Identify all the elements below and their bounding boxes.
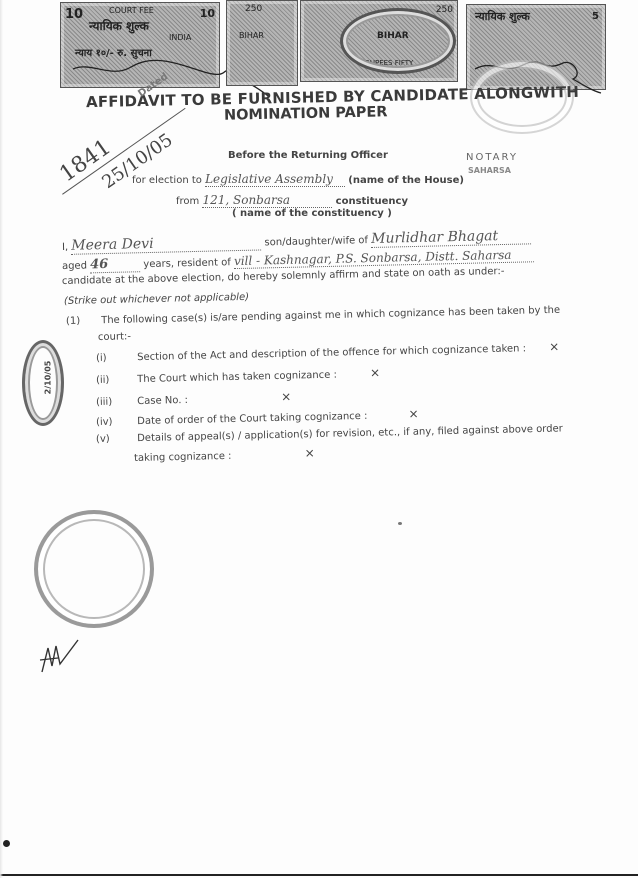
ink-speck [398, 522, 402, 525]
item-row: (ii) The Court which has taken cognizanc… [96, 366, 380, 386]
court-fee-stamp-left: 10 10 COURT FEE न्यायिक शुल्क INDIA न्या… [60, 2, 220, 88]
oval-seal-left: 2/10/05 [22, 340, 64, 426]
stamp-value: 250 [245, 4, 262, 14]
item-number: (i) [96, 352, 134, 364]
item-row-cont: taking cognizance : × [134, 446, 315, 464]
election-suffix: (name of the House) [348, 175, 464, 186]
relation-name: Murlidhar Bhagat [371, 227, 531, 248]
court-fee-stamp-middle1: 250 BIHAR [226, 0, 298, 86]
item-row: (iv) Date of order of the Court taking c… [96, 407, 419, 428]
relation-label: son/daughter/wife of [264, 235, 368, 248]
item-row: (i) Section of the Act and description o… [96, 339, 560, 364]
nil-mark: × [370, 366, 380, 380]
stamp-country: INDIA [169, 33, 191, 42]
item-label: Date of order of the Court taking cogniz… [137, 411, 367, 427]
election-prefix: for election to [132, 175, 202, 186]
stamp-value: 10 [65, 7, 83, 22]
section-number: (1) [66, 315, 98, 327]
aged-label: aged [62, 260, 87, 272]
nil-mark: × [549, 339, 559, 353]
stamp-value: 250 [436, 5, 453, 15]
constituency-suffix: constituency [336, 196, 408, 207]
item-number: (iii) [96, 396, 134, 408]
strike-note: (Strike out whichever not applicable) [64, 292, 249, 307]
seal-oval-top [340, 8, 456, 74]
item-row: (iii) Case No. : × [96, 390, 292, 408]
i-prefix: I, [62, 242, 68, 253]
from-prefix: from [176, 196, 199, 207]
notary-label: NOTARY [466, 152, 518, 163]
item-label: Section of the Act and description of th… [137, 343, 526, 363]
item-label: The Court which has taken cognizance : [137, 370, 337, 386]
notary-place: SAHARSA [468, 166, 511, 175]
stamp-value: 10 [200, 7, 215, 20]
round-seal [34, 510, 154, 628]
stamp-label: COURT FEE [109, 6, 154, 15]
constituency-value: 121, Sonbarsa [202, 193, 332, 208]
stamp-hindi-line: न्याय १०/- रु. सुचना [75, 45, 152, 59]
item-number: (iv) [96, 416, 134, 428]
oval-seal-text: 2/10/05 [43, 361, 52, 395]
nil-mark: × [304, 446, 314, 460]
item-number: (ii) [96, 374, 134, 386]
section-1-cont: court:- [98, 331, 131, 343]
stamp-value: 5 [592, 11, 599, 22]
nil-mark: × [281, 390, 291, 404]
item-label: Details of appeal(s) / application(s) fo… [137, 423, 563, 444]
stamp-hindi-title: न्यायिक शुल्क [89, 17, 149, 34]
election-line: for election to Legislative Assembly (na… [132, 172, 464, 187]
page-edge [0, 874, 638, 876]
candidate-name: Meera Devi [71, 233, 261, 254]
constituency-line: from 121, Sonbarsa constituency [176, 193, 408, 208]
years-resident-label: years, resident of [143, 257, 231, 270]
before-returning-officer: Before the Returning Officer [228, 150, 388, 161]
age-value: 46 [90, 256, 140, 273]
item-row: (v) Details of appeal(s) / application(s… [96, 423, 563, 445]
constituency-note: ( name of the constituency ) [232, 208, 392, 219]
signature-icon [38, 636, 82, 676]
section-text: The following case(s) is/are pending aga… [101, 305, 560, 326]
nil-mark: × [408, 407, 418, 421]
document-title-line2: NOMINATION PAPER [224, 104, 388, 123]
stamp-hindi-title: न्यायिक शुल्क [475, 9, 530, 24]
section-1: (1) The following case(s) is/are pending… [66, 305, 560, 327]
page-edge-left [0, 0, 3, 878]
item-number: (v) [96, 433, 134, 445]
election-value: Legislative Assembly [205, 172, 345, 187]
item-label: Case No. : [137, 395, 188, 407]
stamp-region: BIHAR [239, 31, 264, 40]
item-label-cont: taking cognizance : [134, 451, 232, 464]
ink-dot [3, 840, 10, 847]
